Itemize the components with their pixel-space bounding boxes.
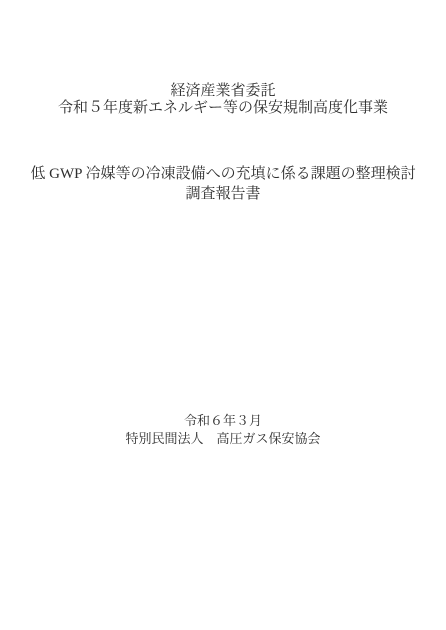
commission-line: 経済産業省委託	[0, 83, 446, 100]
report-title-block: 低 GWP 冷媒等の冷凍設備への充填に係る課題の整理検討 調査報告書	[0, 164, 446, 204]
report-title-line2: 調査報告書	[0, 184, 446, 204]
report-cover-page: 経済産業省委託 令和５年度新エネルギー等の保安規制高度化事業 低 GWP 冷媒等…	[0, 0, 446, 630]
publication-date-line: 令和６年３月	[0, 412, 446, 430]
cover-footer-block: 令和６年３月 特別民間法人 高圧ガス保安協会	[0, 412, 446, 448]
program-name-line: 令和５年度新エネルギー等の保安規制高度化事業	[0, 100, 446, 117]
cover-header-block: 経済産業省委託 令和５年度新エネルギー等の保安規制高度化事業	[0, 83, 446, 117]
report-title-line1: 低 GWP 冷媒等の冷凍設備への充填に係る課題の整理検討	[0, 164, 446, 184]
organization-line: 特別民間法人 高圧ガス保安協会	[0, 430, 446, 448]
